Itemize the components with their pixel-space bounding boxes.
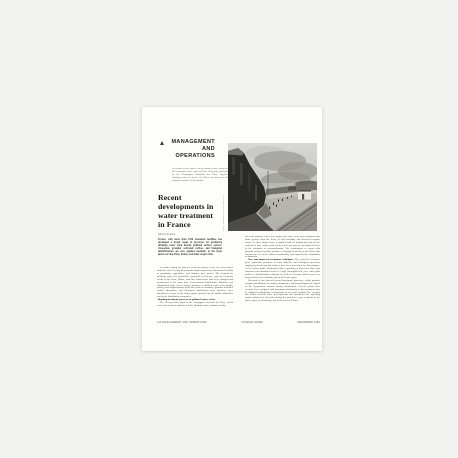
section-header: MANAGEMENT AND OPERATIONS [157,139,215,161]
footer-page-number-section: 112 MANAGEMENT AND OPERATIONS [157,321,207,324]
paragraph-continuation: The removal of nitrates poses particular… [245,258,320,279]
section-header-line: AND [157,146,215,153]
photo-caption: The banks of the Seine R. at the intake … [172,168,228,190]
article-lead-paragraph: France, with more than 2500 treatment fa… [158,238,222,264]
triangle-icon [160,141,164,145]
body-paragraph: Research is also directed toward membran… [245,280,320,303]
section-header-line: OPERATIONS [157,153,215,160]
footer-journal-name: JOURNAL AWWA [241,321,263,324]
journal-page: MANAGEMENT AND OPERATIONS The banks of t… [142,107,322,351]
body-paragraph: and Paris suburbs, where the original ra… [245,236,320,259]
article-title: Recent developments in water treatment i… [158,194,228,230]
body-paragraph: The Choisy-le-Roi plant of the Compagnie… [157,302,233,308]
footer-issue-date: DECEMBER 1982 [298,321,320,324]
body-column-left: In France during the past ten years the … [157,267,233,315]
scanned-page-canvas: MANAGEMENT AND OPERATIONS The banks of t… [0,0,458,458]
article-photo [228,143,317,231]
article-author: Michel Rapinat [158,233,175,236]
body-paragraph: In France during the past ten years the … [157,267,233,299]
section-header-line: MANAGEMENT [157,139,215,146]
body-column-right: and Paris suburbs, where the original ra… [245,236,320,315]
treatment-plant-photo-image [228,143,317,231]
page-footer: 112 MANAGEMENT AND OPERATIONS JOURNAL AW… [157,321,320,324]
body-paragraph: New and improved treatment techniques. T… [245,259,320,279]
